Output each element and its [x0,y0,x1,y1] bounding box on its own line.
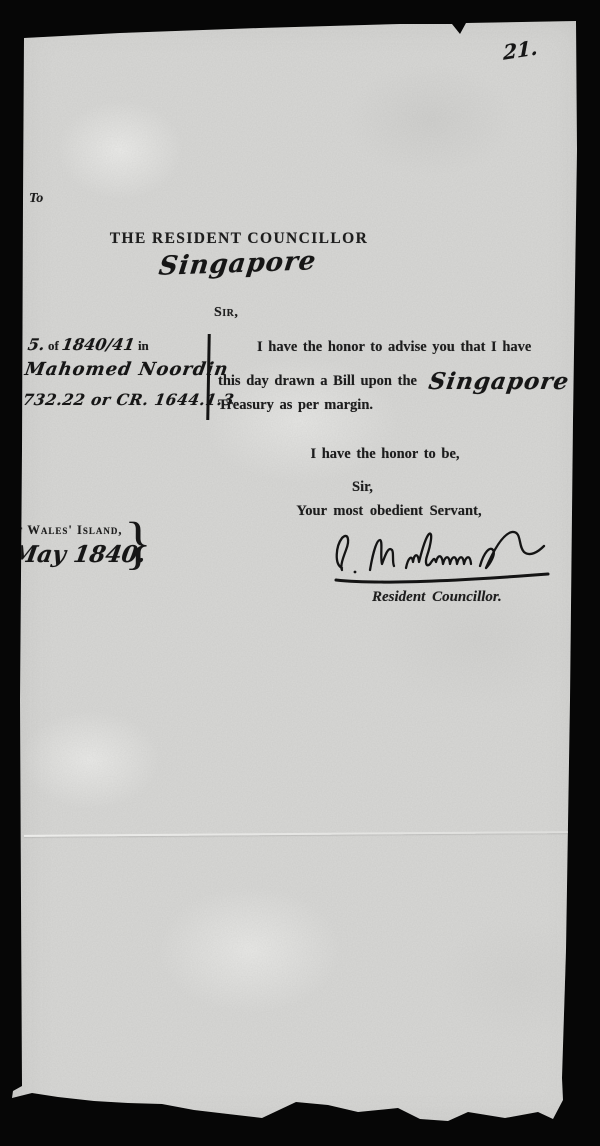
body-line3: Treasury as per margin. [218,397,373,414]
dateline-brace: } [124,514,152,572]
addressee-place-script: Singapore [158,246,319,282]
margin-note-payee: Mahomed Noordin [25,359,229,380]
addressee-name: THE RESIDENT COUNCILLOR [103,230,375,248]
to-label: To [29,191,43,207]
folio-number: 21. [503,35,537,65]
body-line2: this day drawn a Bill upon the Singapore [218,368,569,395]
margin-amount-text: 732.22 or CR. 1644.1.3 [21,390,235,409]
margin-in-label: in [138,338,149,353]
margin-of-label: of [48,338,59,353]
margin-payee-text: Mahomed Noordin [23,359,230,380]
salutation: Sir, [214,305,238,321]
letter-page: 21. To THE RESIDENT COUNCILLOR Singapore… [0,0,600,1146]
closing-line2: Sir, [352,479,373,496]
margin-note-line1: 5. of 1840/41 in [28,335,149,354]
signatory-title: Resident Councillor. [372,589,502,606]
margin-entry-number: 5. [26,335,46,354]
fold-crease [24,831,569,837]
body-line2-script: Singapore [426,368,571,395]
margin-note-amount: 732.22 or CR. 1644.1.3 [23,390,234,410]
scan-background: 21. To THE RESIDENT COUNCILLOR Singapore… [0,0,600,1146]
dateline-place: f Wales' Island, [17,523,123,538]
closing-line1: I have the honor to be, [278,446,492,463]
body-line2-printed: this day drawn a Bill upon the [218,373,417,389]
signature-script [330,524,556,588]
closing-line3: Your most obedient Servant, [292,503,486,520]
margin-year: 1840/41 [61,335,137,354]
addressee-place-text: Singapore [158,246,319,282]
body-line1: I have the honor to advise you that I ha… [257,339,531,356]
